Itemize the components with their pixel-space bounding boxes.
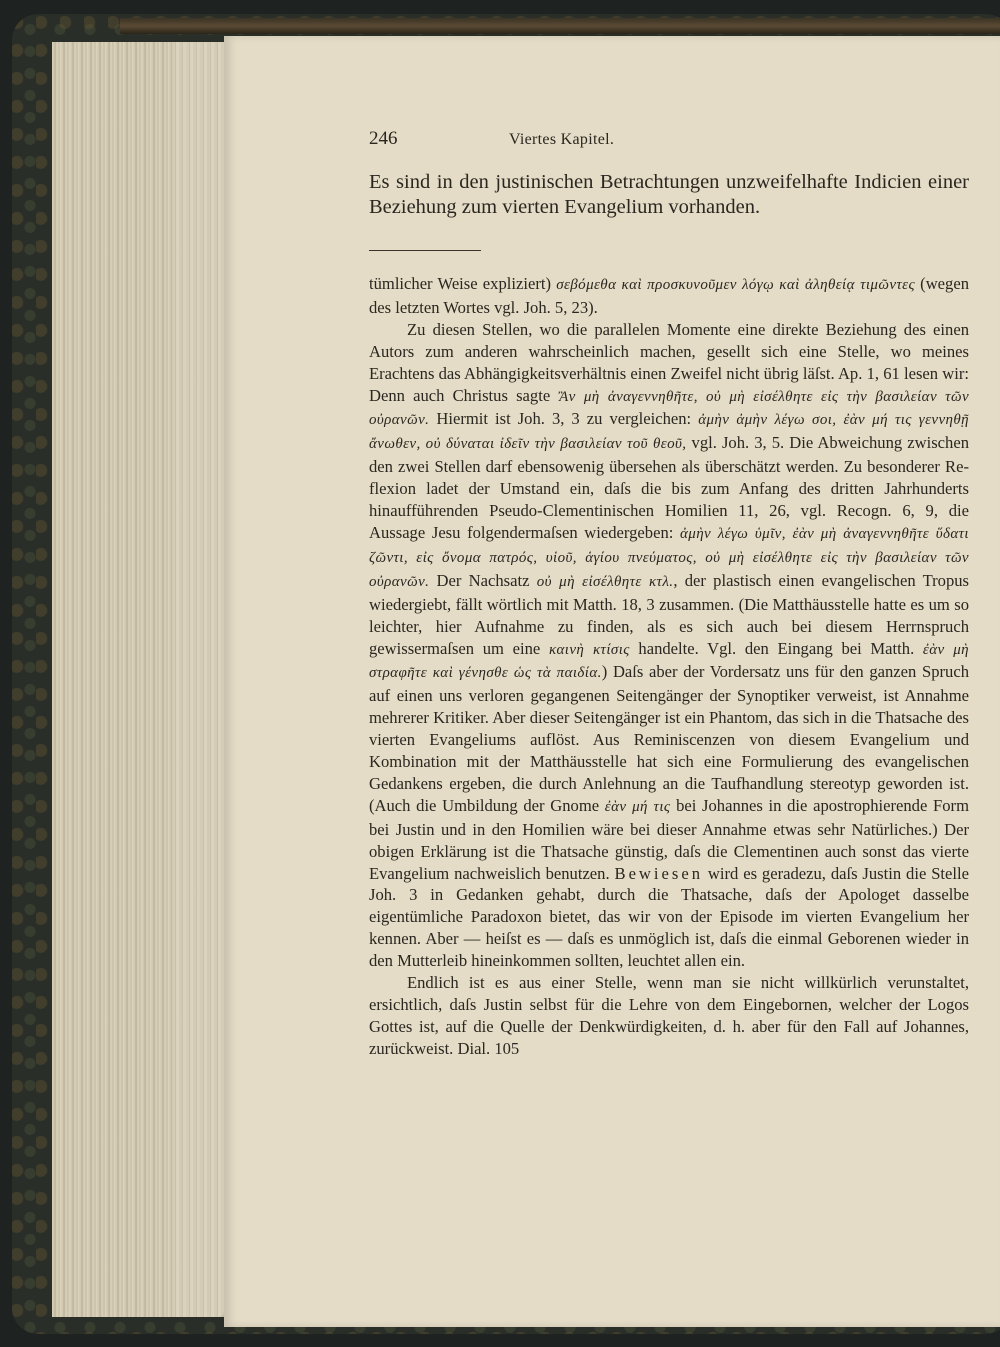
emphasis-spaced: Bewiesen (615, 864, 704, 883)
book-page: 246 Viertes Kapitel. Es sind in den just… (224, 36, 1000, 1327)
text-run: Hiermit ist Joh. 3, 3 zu vergleichen: (429, 409, 698, 428)
page-content: 246 Viertes Kapitel. Es sind in den just… (369, 128, 969, 1060)
page-number: 246 (369, 128, 509, 150)
running-head: Viertes Kapitel. (509, 131, 614, 149)
greek-quotation: ἐὰν μή τις (605, 799, 671, 815)
greek-quotation: οὐ μὴ εἰσέλθητε κτλ. (537, 574, 674, 590)
body-text: tümlicher Weise expliziert) σεβόμεθα καὶ… (369, 273, 969, 1060)
paragraph: tümlicher Weise expliziert) σεβόμεθα καὶ… (369, 273, 969, 319)
greek-quotation: σεβόμεθα καὶ προσκυνοῦμεν λόγῳ καὶ ἀληθε… (556, 277, 915, 293)
footnote-rule (369, 250, 481, 251)
text-run: handelte. Vgl. den Eingang bei Matth. (630, 639, 923, 658)
paragraph: Zu diesen Stellen, wo die parallelen Mom… (369, 319, 969, 972)
greek-quotation: καινὴ κτίσις (549, 642, 630, 658)
page-edges (52, 42, 224, 1317)
text-run: ) Daſs aber der Vordersatz uns für den g… (369, 662, 969, 814)
text-run: Der Nachsatz (429, 571, 536, 590)
book-headband (120, 18, 1000, 34)
paragraph: Endlich ist es aus einer Stelle, wenn ma… (369, 972, 969, 1060)
text-run: tümlicher Weise expliziert) (369, 274, 556, 293)
thesis-statement: Es sind in den justinischen Betrachtunge… (369, 170, 969, 220)
text-run: Endlich ist es aus einer Stelle, wenn ma… (369, 973, 969, 1058)
page-header: 246 Viertes Kapitel. (369, 128, 969, 158)
